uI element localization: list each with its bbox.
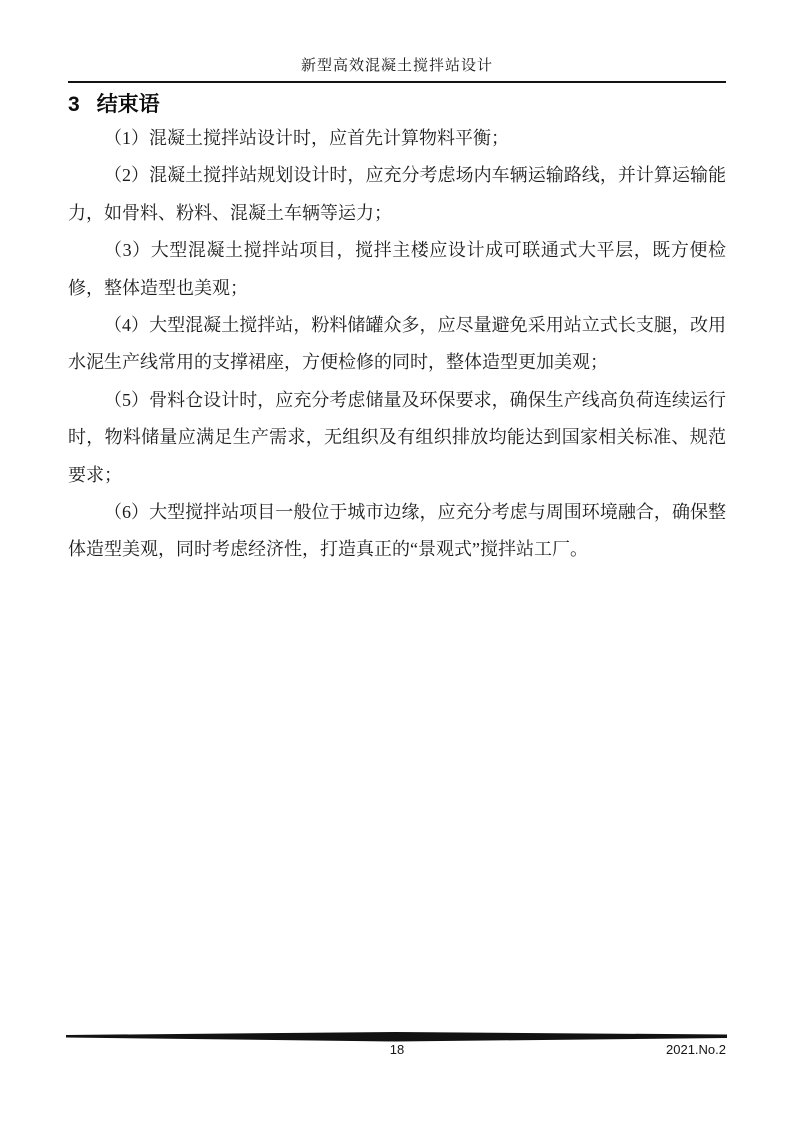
paragraph: （5）骨料仓设计时，应充分考虑储量及环保要求，确保生产线高负荷连续运行时，物料储… (68, 382, 726, 494)
section-number: 3 (68, 93, 80, 117)
paragraph: （3）大型混凝土搅拌站项目，搅拌主楼应设计成可联通式大平层，既方便检修，整体造型… (68, 232, 726, 307)
running-header-title: 新型高效混凝土搅拌站设计 (68, 54, 726, 75)
document-page: 新型高效混凝土搅拌站设计 3结束语 （1）混凝土搅拌站设计时，应首先计算物料平衡… (0, 0, 793, 1122)
paragraph: （4）大型混凝土搅拌站，粉料储罐众多，应尽量避免采用站立式长支腿，改用水泥生产线… (68, 307, 726, 382)
header-rule (68, 81, 726, 83)
paragraph: （1）混凝土搅拌站设计时，应首先计算物料平衡； (68, 120, 726, 157)
paragraph: （2）混凝土搅拌站规划设计时，应充分考虑场内车辆运输路线，并计算运输能力，如骨料… (68, 157, 726, 232)
footer-issue-label: 2021.No.2 (68, 1042, 726, 1057)
section-title: 结束语 (97, 93, 160, 116)
paragraph: （6）大型搅拌站项目一般位于城市边缘，应充分考虑与周围环境融合，确保整体造型美观… (68, 494, 726, 569)
section-body: （1）混凝土搅拌站设计时，应首先计算物料平衡； （2）混凝土搅拌站规划设计时，应… (68, 120, 726, 569)
section-heading: 3结束语 (68, 88, 726, 118)
